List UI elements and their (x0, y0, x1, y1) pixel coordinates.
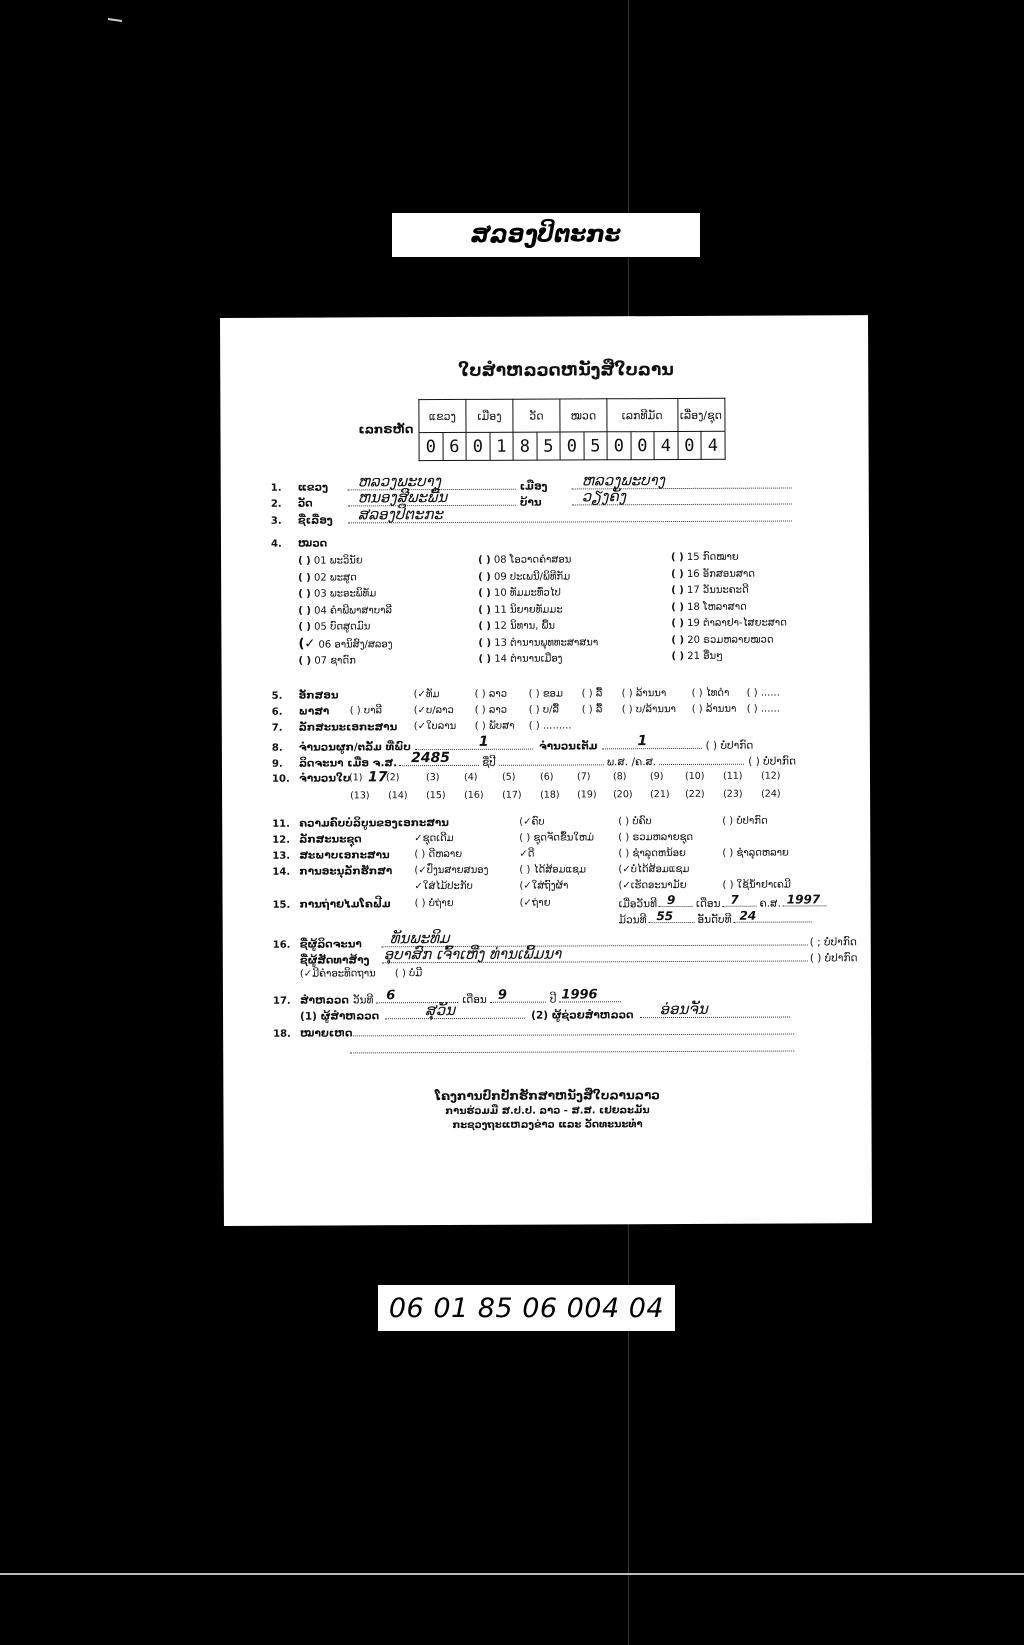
field-temple-row: 2. ວັດ ຫນອງສີພະພື້ນ ບ້ານ ວຽງຄັງ (271, 492, 792, 510)
leaves-grid: (1) 17 (2) (3) (4) (5) (6) (7) (8) (9) (… (222, 770, 870, 813)
preservation-option-wood-covers[interactable]: ✓ໃສ່ໄມ້ປະກັບ (414, 881, 472, 892)
field-preservation-row: 14. ການອະນຸລັກຮັກສາ (272, 865, 392, 878)
preservation-option-not-repaired[interactable]: (✓ບໍ່ໄດ້ສ້ອມແຊມ (618, 864, 689, 875)
completeness-option-complete[interactable]: (✓ຄົບ (519, 817, 544, 828)
preservation-option-new-string[interactable]: (✓ປົ່ງນສາຍສນອງ (414, 865, 488, 876)
scan-edge-line (0, 1573, 1024, 1575)
condition-option-heavy-damage[interactable]: ( ) ຊຳລຸດຫລາຍ (722, 848, 789, 859)
preservation-option-repaired[interactable]: ( ) ໄດ້ສ້ອມແຊມ (519, 864, 586, 875)
year-name-field[interactable] (499, 752, 604, 765)
sponsor-unknown-option[interactable]: ( ) ບໍ່ປາກົດ (810, 952, 858, 964)
field-condition-row: 13. ສະພາບເອກະສານ (272, 849, 389, 862)
field-set-type-row: 12. ລັກສະນະຊຸດ (272, 833, 361, 845)
category-column-1: ( ) 01 ພະວິນັຍ ( ) 02 ພະສູດ ( ) 03 ພະອະພ… (298, 553, 393, 670)
category-option[interactable]: ( ) 05 ບົດສູດມົນ (298, 619, 392, 636)
doctype-option-paper[interactable]: ( ) ພັບສາ (475, 721, 515, 732)
category-column-3: ( ) 15 ກົດໝາຍ ( ) 16 ອັກສອນສາດ ( ) 17 ວັ… (671, 550, 787, 666)
condition-option-very-good[interactable]: ( ) ດີຫລາຍ (414, 849, 462, 860)
language-option-pali-lue[interactable]: ( ) ບ/ລື້ (529, 705, 559, 716)
scan-artifact (108, 18, 122, 22)
category-option[interactable]: ( ) 08 ໂອວາດຄຳສອນ (478, 552, 598, 569)
language-option-pali-lao[interactable]: (✓ບ/ລາວ (414, 705, 454, 716)
footer-ministry: ກະຊວງຖະແຫລງຂ່າວ ແລະ ວັດທະນະທຳ (224, 1118, 872, 1132)
code-digit: 0 (419, 433, 443, 461)
banner-title: ສລອງປິຕະກະ (471, 222, 621, 248)
set-option-new[interactable]: ( ) ຊຸດຈັດຂຶ້ນໃຫມ່ (519, 832, 594, 843)
microfilm-year-field[interactable]: 1997 (783, 893, 827, 906)
category-option[interactable]: ( ) 18 ໂຫລາສາດ (671, 599, 787, 616)
leaf-slot[interactable]: (1) (349, 772, 363, 783)
category-option[interactable]: ( ) 10 ທັມມະທົ່ວໄປ (478, 585, 598, 602)
scribe-unknown-option[interactable]: ( ; ບໍ່ປາກົດ (810, 936, 857, 948)
language-option-lanna[interactable]: ( ) ລ້ານນາ (692, 704, 737, 715)
category-option[interactable]: ( ) 12 ນິທານ, ພື້ນ (478, 618, 598, 635)
set-option-original[interactable]: ✓ຊຸດເດີມ (414, 833, 453, 844)
leaf-count-value: 17 (368, 769, 388, 785)
remarks-continuation (350, 1039, 794, 1054)
sponsor-field[interactable]: ອຸບາສົກ ເຈົ້າເຫີ່ງ ທ່ານເພີ້ມນາ (382, 948, 808, 963)
field-category-heading: 4. ໝວດ (271, 538, 327, 550)
script-option-khom[interactable]: ( ) ຂອມ (529, 689, 563, 700)
survey-form-sheet: ໃບສຳຫລວດຫນັງສືໃບລານ ເລກຣຫັດ ແຂວງ ເມືອງ ວ… (220, 315, 872, 1226)
category-option[interactable]: ( ) 16 ອັກສອນສາດ (671, 566, 787, 583)
category-option[interactable]: ( ) 21 ອື່ນໆ (671, 649, 787, 666)
code-digit: 5 (537, 432, 561, 460)
script-option-lanna[interactable]: ( ) ລ້ານນາ (622, 688, 667, 699)
language-option-other[interactable]: ( ) ...... (747, 704, 780, 715)
code-digit: 4 (654, 432, 678, 460)
bottom-code-label: 06 01 85 06 004 04 (378, 1285, 675, 1331)
code-digit: 0 (560, 432, 584, 460)
remarks-field-line2[interactable] (350, 1039, 794, 1054)
completeness-option-unknown[interactable]: ( ) ບໍ່ປາກົດ (722, 816, 768, 827)
language-option-lao[interactable]: ( ) ລາວ (475, 705, 507, 716)
category-option[interactable]: ( ) 15 ກົດໝາຍ (671, 550, 787, 567)
field-sponsor-row: ຊື່ຜູ້ສັດທາສ້າງ ອຸບາສົກ ເຈົ້າເຫີ່ງ ທ່ານເ… (273, 948, 858, 967)
category-option[interactable]: ( ) 19 ຕຳລາຢາ-ໄສຍະສາດ (671, 616, 787, 633)
category-option-selected[interactable]: (✓ 06 ອານິສົງ/ສລອງ (298, 636, 392, 654)
fascicles-found-field[interactable]: 1 (415, 737, 533, 751)
code-digit: 4 (701, 431, 725, 459)
survey-personnel-row: (1) ຜູ້ສຳຫລວດ ສຸວັນ (2) ຜູ້ຊ່ວຍສຳຫລວດ ອ່… (300, 1005, 790, 1023)
survey-year-field[interactable]: 1996 (559, 989, 621, 1002)
code-label: ເລກຣຫັດ (358, 422, 413, 436)
category-option[interactable]: ( ) 11 ນິຍາຍທັມມະ (478, 602, 598, 619)
doctype-option-other[interactable]: ( ) ......... (529, 720, 572, 731)
script-option-lue[interactable]: ( ) ລື້ (582, 688, 603, 699)
bottom-code: 06 01 85 06 004 04 (389, 1293, 664, 1324)
category-option[interactable]: ( ) 03 ພະອະພິທັມ (298, 586, 392, 603)
microfilm-roll-field[interactable]: 55 (648, 910, 694, 923)
microfilm-month-field[interactable]: 7 (722, 894, 756, 907)
chula-sakarat-field[interactable]: 2485 (399, 753, 479, 766)
category-option[interactable]: ( ) 17 ວັນນະຄະດີ (671, 583, 787, 600)
colophon-option-no[interactable]: ( ) ບໍ່ມີ (395, 968, 422, 979)
category-option[interactable]: ( ) 02 ພະສູດ (298, 570, 392, 587)
code-digit: 0 (631, 432, 655, 460)
microfilm-option-not-filmed[interactable]: ( ) ບໍ່ຖ່າຍ (415, 898, 454, 909)
code-digit: 0 (466, 432, 490, 460)
category-option[interactable]: ( ) 09 ປະເພນີ/ພິທີກັມ (478, 569, 598, 586)
script-option-taidam[interactable]: ( ) ໄທດຳ (692, 688, 730, 699)
script-option-other[interactable]: ( ) ...... (747, 688, 780, 699)
condition-option-good[interactable]: ✓ດີ (519, 849, 534, 860)
code-col-province: ແຂວງ (419, 399, 466, 432)
footer-cooperation: ການຮ່ວມມື ສ.ປ.ປ. ລາວ - ສ.ສ. ເຢຍລະມັນ (223, 1104, 871, 1118)
language-option-pali-lanna[interactable]: ( ) ບ/ລ້ານນາ (622, 704, 676, 715)
microfilm-option-filmed[interactable]: (✓ຖ່າຍ (520, 898, 551, 909)
category-option[interactable]: ( ) 07 ຊາດົກ (298, 653, 392, 670)
surveyor-field[interactable]: ສຸວັນ (385, 1006, 525, 1020)
completeness-option-incomplete[interactable]: ( ) ບໍ່ຄົບ (618, 816, 652, 827)
category-column-2: ( ) 08 ໂອວາດຄຳສອນ ( ) 09 ປະເພນີ/ພິທີກັມ … (478, 552, 598, 668)
code-col-category: ໝວດ (560, 399, 607, 432)
microfilm-sequence-field[interactable]: 24 (733, 909, 811, 922)
code-col-story: ເລື່ອງ/ຊຸດ (677, 398, 724, 431)
code-col-temple: ວັດ (513, 399, 560, 432)
category-option[interactable]: ( ) 20 ຣວມຫລາຍໝວດ (671, 632, 787, 649)
field-document-type-row: 7. ລັກສະນະເອກະສານ (272, 721, 398, 734)
microfilm-date: ເມື່ອວັນທີ 9 ເດືອນ 7 ຄ.ສ. 1997 (619, 893, 827, 910)
microfilm-roll: ມ້ວນທີ 55 ອັນດັບທີ 24 (619, 909, 812, 926)
code-digit: 0 (607, 432, 631, 460)
language-option-pali[interactable]: ( ) ບາລີ (350, 705, 382, 716)
language-option-lue[interactable]: ( ) ລື້ (582, 704, 603, 715)
preservation-option-cloth-bag[interactable]: (✓ໃສ່ຖົງຜ້າ (519, 880, 568, 891)
code-digit: 0 (677, 431, 701, 459)
field-language-row: 6. ພາສາ (272, 706, 330, 718)
date-unknown-option[interactable]: ( ) ບໍ່ປາກົດ (748, 755, 796, 767)
microfilm-day-field[interactable]: 9 (659, 894, 693, 907)
doctype-option-palmleaf[interactable]: (✓ໃບລານ (414, 721, 457, 732)
preservation-option-cleaned[interactable]: (✓ເຮັດອະນາມັຍ (618, 880, 686, 891)
remarks-field[interactable] (350, 1022, 794, 1037)
form-heading: ໃບສຳຫລວດຫນັງສືໃບລານ (458, 360, 674, 381)
field-completeness-row: 11. ຄວາມຄົບບໍລິບູນຂອງເອກະສານ (272, 817, 449, 830)
code-digit: 6 (443, 432, 467, 460)
footer-project-name: ໂຄງການປົກປັກຮັກສາຫນັງສືໃບລານລາວ (223, 1087, 871, 1104)
code-col-bundle: ເລກທີມັດ (607, 399, 678, 432)
category-option[interactable]: ( ) 04 ຄຳພີພາສາບາລີ (298, 603, 392, 620)
preservation-option-chemicals[interactable]: ( ) ໃຊ້ນ້ຳຢາເຄມີ (722, 880, 790, 891)
code-table: ແຂວງ ເມືອງ ວັດ ໝວດ ເລກທີມັດ ເລື່ອງ/ຊຸດ 0… (418, 398, 725, 461)
assistant-surveyor-field[interactable]: ອ່ອນຈັນ (640, 1005, 790, 1019)
field-date-written-row: 9. ລິດຈະນາ ເມື່ອ ຈ.ສ. 2485 ຊື່ປີ ພ.ສ. /ຄ… (272, 751, 796, 769)
field-title-row: 3. ຊື່ເລື່ອງ ສລອງປິຕະກະ (271, 509, 792, 527)
category-option[interactable]: ( ) 13 ຕຳນານພຸທທະສາສນາ (478, 635, 598, 652)
village-field[interactable]: ວຽງຄັງ (572, 492, 792, 506)
code-digit: 8 (513, 432, 537, 460)
code-digit: 1 (490, 432, 514, 460)
condition-option-slight-damage[interactable]: ( ) ຊຳລຸດຫນ້ອຍ (618, 848, 686, 859)
category-option[interactable]: ( ) 14 ຕຳນານເມືອງ (478, 651, 598, 668)
category-option[interactable]: ( ) 01 ພະວິນັຍ (298, 553, 392, 570)
code-col-district: ເມືອງ (466, 399, 513, 432)
field-remarks-row: 18. ໝາຍເຫດ (273, 1022, 794, 1040)
code-digit: 5 (584, 432, 608, 460)
survey-month-field[interactable]: 9 (490, 990, 546, 1003)
set-option-combined[interactable]: ( ) ຣວມຫລາຍຊຸດ (618, 832, 693, 843)
fascicles-total-field[interactable]: 1 (602, 736, 702, 749)
banner-title-label: ສລອງປິຕະກະ (392, 213, 700, 257)
be-ad-year-field[interactable] (659, 752, 744, 765)
field-microfilm-row: 15. ການຖ່າຍໄມໂຄຟີມ (273, 898, 391, 911)
story-title-field[interactable]: ສລອງປິຕະກະ (348, 509, 792, 524)
colophon-option-yes[interactable]: (✓ມີຄຳອະທິດຖານ (300, 968, 376, 979)
script-option-lao[interactable]: ( ) ລາວ (475, 689, 507, 700)
script-option-tham[interactable]: (✓ທັມ (414, 689, 440, 700)
fascicle-unknown-option[interactable]: ( ) ບໍ່ປາກົດ (706, 740, 754, 752)
field-script-row: 5. ອັກສອນ (272, 689, 339, 701)
